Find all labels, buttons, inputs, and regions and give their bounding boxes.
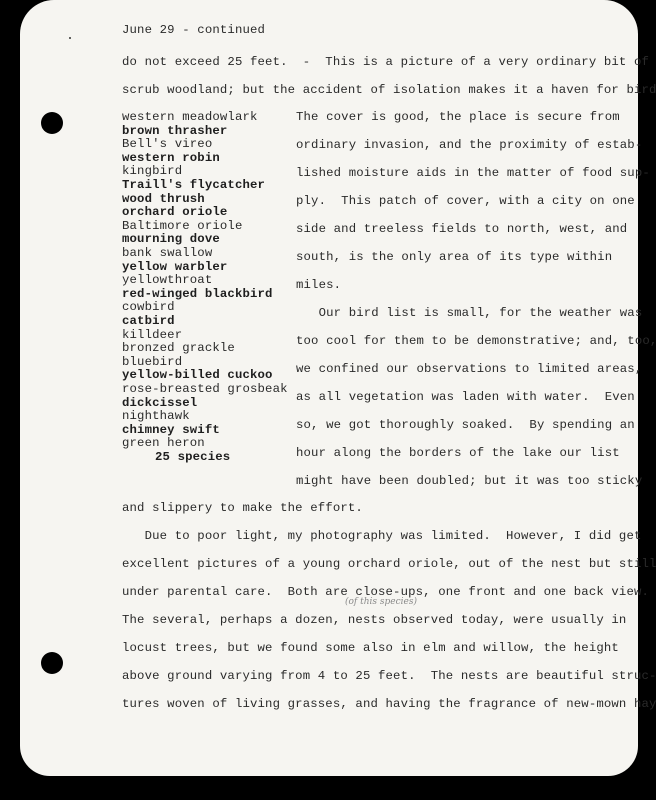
- intro-line: do not exceed 25 feet. - This is a pictu…: [122, 55, 649, 69]
- bird-list-item: yellowthroat: [122, 273, 212, 287]
- narrative-line: lished moisture aids in the matter of fo…: [296, 166, 650, 180]
- narrative-line: too cool for them to be demonstrative; a…: [296, 334, 656, 348]
- bird-list-item: yellow warbler: [122, 260, 227, 274]
- punch-hole-top: [41, 112, 63, 134]
- bird-list-item: kingbird: [122, 164, 182, 178]
- bird-list-item: chimney swift: [122, 423, 220, 437]
- bird-list-item: bluebird: [122, 355, 182, 369]
- body-line: Due to poor light, my photography was li…: [122, 529, 642, 543]
- narrative-line: ordinary invasion, and the proximity of …: [296, 138, 642, 152]
- bird-list-item: Bell's vireo: [122, 137, 212, 151]
- narrative-line: side and treeless fields to north, west,…: [296, 222, 627, 236]
- bird-list-item: catbird: [122, 314, 175, 328]
- narrative-line: we confined our observations to limited …: [296, 362, 642, 376]
- bird-list-item: wood thrush: [122, 192, 205, 206]
- bird-list-item: killdeer: [122, 328, 182, 342]
- bird-list-item: dickcissel: [122, 396, 197, 410]
- body-line: and slippery to make the effort.: [122, 501, 363, 515]
- bird-list-item: red-winged blackbird: [122, 287, 273, 301]
- body-line: excellent pictures of a young orchard or…: [122, 557, 656, 571]
- bird-list-item: orchard oriole: [122, 205, 227, 219]
- narrative-line: so, we got thoroughly soaked. By spendin…: [296, 418, 635, 432]
- bird-list-item: green heron: [122, 436, 205, 450]
- bird-list-item: bank swallow: [122, 246, 212, 260]
- bird-list-item: nighthawk: [122, 409, 190, 423]
- handwritten-annotation: (of this species): [345, 597, 417, 607]
- body-line: locust trees, but we found some also in …: [122, 641, 619, 655]
- bird-list-item: brown thrasher: [122, 124, 227, 138]
- body-line: above ground varying from 4 to 25 feet. …: [122, 669, 656, 683]
- intro-line: scrub woodland; but the accident of isol…: [122, 83, 656, 97]
- body-line: The several, perhaps a dozen, nests obse…: [122, 613, 626, 627]
- bird-list-item: rose-breasted grosbeak: [122, 382, 288, 396]
- bird-list-item: bronzed grackle: [122, 341, 235, 355]
- narrative-line: might have been doubled; but it was too …: [296, 474, 642, 488]
- bird-list-item: yellow-billed cuckoo: [122, 368, 273, 382]
- bird-list-item: cowbird: [122, 300, 175, 314]
- bird-list-item: western meadowlark: [122, 110, 258, 124]
- body-line: tures woven of living grasses, and havin…: [122, 697, 656, 711]
- narrative-line: as all vegetation was laden with water. …: [296, 390, 635, 404]
- narrative-line: Our bird list is small, for the weather …: [296, 306, 642, 320]
- bird-list-item: western robin: [122, 151, 220, 165]
- narrative-line: hour along the borders of the lake our l…: [296, 446, 620, 460]
- bird-count: 25 species: [155, 450, 230, 464]
- ink-speck: [69, 37, 71, 39]
- narrative-line: miles.: [296, 278, 341, 292]
- bird-list-item: Traill's flycatcher: [122, 178, 265, 192]
- bird-list-item: Baltimore oriole: [122, 219, 242, 233]
- narrative-line: ply. This patch of cover, with a city on…: [296, 194, 635, 208]
- page-header: June 29 - continued: [122, 23, 265, 37]
- narrative-line: The cover is good, the place is secure f…: [296, 110, 620, 124]
- narrative-line: south, is the only area of its type with…: [296, 250, 612, 264]
- bird-list-item: mourning dove: [122, 232, 220, 246]
- punch-hole-bottom: [41, 652, 63, 674]
